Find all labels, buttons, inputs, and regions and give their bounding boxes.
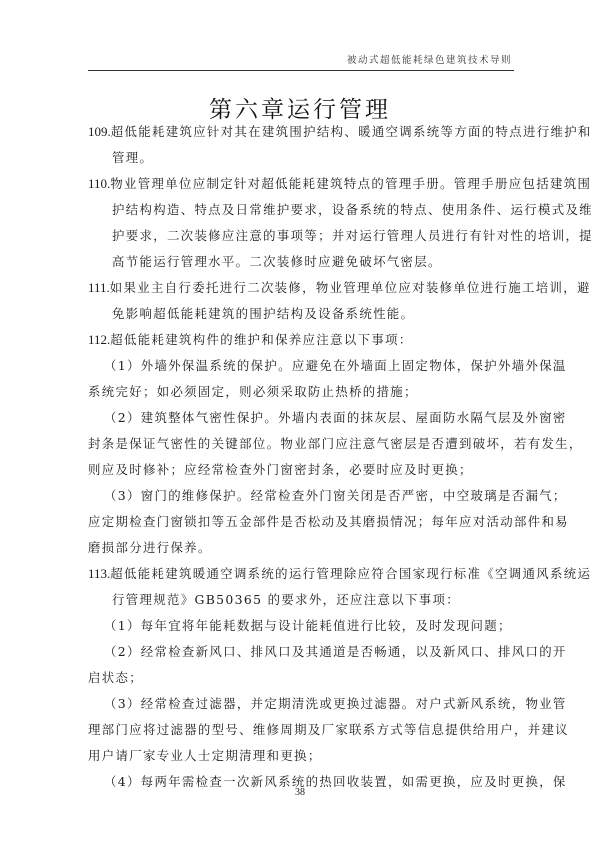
clause-number: 110. — [88, 176, 110, 191]
line-text: 启状态； — [88, 670, 143, 685]
numbered-clause-line: 111.如果业主自行委托进行二次装修，物业管理单位应对装修单位进行施工培训，避 — [88, 278, 591, 296]
header-title: 被动式超低能耗绿色建筑技术导则 — [347, 52, 512, 66]
paragraph-line: 磨损部分进行保养。 — [88, 538, 212, 556]
line-text: 护要求，二次装修应注意的事项等；并对运行管理人员进行有针对性的培训，提 — [112, 228, 593, 243]
line-text: 如果业主自行委托进行二次装修，物业管理单位应对装修单位进行施工培训，避 — [110, 280, 591, 295]
paragraph-line: 封条是保证气密性的关键部位。物业部门应注意气密层是否遭到破坏，若有发生， — [88, 434, 583, 452]
paragraph-line: 管理。 — [112, 148, 153, 166]
line-text: 免影响超低能耗建筑的围护结构及设备系统性能。 — [112, 306, 414, 321]
paragraph-line: 免影响超低能耗建筑的围护结构及设备系统性能。 — [112, 304, 414, 322]
paragraph-line: 护结构构造、特点及日常维护要求，设备系统的特点、使用条件、运行模式及维 — [112, 200, 593, 218]
line-text: 系统完好；如必须固定，则必须采取防止热桥的措施； — [88, 384, 418, 399]
paragraph-line: 应定期检查门窗锁扣等五金部件是否松动及其磨损情况；每年应对活动部件和易 — [88, 512, 569, 530]
paragraph-line: （1）每年宜将年能耗数据与设计能耗值进行比较，及时发现问题； — [104, 616, 512, 634]
paragraph-line: 用户请厂家专业人士定期清理和更换； — [88, 746, 322, 764]
line-text: 则应及时修补；应经常检查外门窗密封条，必要时应及时更换； — [88, 462, 473, 477]
line-text: 高节能运行管理水平。二次装修时应避免破坏气密层。 — [112, 254, 442, 269]
paragraph-line: 护要求，二次装修应注意的事项等；并对运行管理人员进行有针对性的培训，提 — [112, 226, 593, 244]
paragraph-line: 高节能运行管理水平。二次装修时应避免破坏气密层。 — [112, 252, 442, 270]
paragraph-line: 启状态； — [88, 668, 143, 686]
line-text: 行管理规范》GB50365 的要求外，还应注意以下事项： — [112, 592, 460, 607]
clause-number: 109. — [88, 124, 111, 139]
line-text: 封条是保证气密性的关键部位。物业部门应注意气密层是否遭到破坏，若有发生， — [88, 436, 583, 451]
clause-number: 113. — [88, 566, 110, 581]
paragraph-line: 行管理规范》GB50365 的要求外，还应注意以下事项： — [112, 590, 460, 608]
paragraph-line: （2）经常检查新风口、排风口及其通道是否畅通，以及新风口、排风口的开 — [104, 642, 567, 660]
numbered-clause-line: 112.超低能耗建筑构件的维护和保养应注意以下事项： — [88, 330, 413, 348]
numbered-clause-line: 109.超低能耗建筑应针对其在建筑围护结构、暖通空调系统等方面的特点进行维护和 — [88, 122, 592, 140]
numbered-clause-line: 113.超低能耗建筑暖通空调系统的运行管理除应符合国家现行标准《空调通风系统运 — [88, 564, 591, 582]
line-text: 物业管理单位应制定针对超低能耗建筑特点的管理手册。管理手册应包括建筑围 — [110, 176, 591, 191]
line-text: 管理。 — [112, 150, 153, 165]
line-text: （1）每年宜将年能耗数据与设计能耗值进行比较，及时发现问题； — [104, 618, 512, 633]
line-text: 应定期检查门窗锁扣等五金部件是否松动及其磨损情况；每年应对活动部件和易 — [88, 514, 569, 529]
line-text: 磨损部分进行保养。 — [88, 540, 212, 555]
line-text: 超低能耗建筑暖通空调系统的运行管理除应符合国家现行标准《空调通风系统运 — [110, 566, 591, 581]
page-number: 38 — [0, 787, 600, 798]
numbered-clause-line: 110.物业管理单位应制定针对超低能耗建筑特点的管理手册。管理手册应包括建筑围 — [88, 174, 591, 192]
paragraph-line: （2）建筑整体气密性保护。外墙内表面的抹灰层、屋面防水隔气层及外窗密 — [104, 408, 567, 426]
line-text: （1）外墙外保温系统的保护。应避免在外墙面上固定物体，保护外墙外保温 — [104, 358, 567, 373]
line-text: 超低能耗建筑构件的维护和保养应注意以下事项： — [110, 332, 412, 347]
paragraph-line: 系统完好；如必须固定，则必须采取防止热桥的措施； — [88, 382, 418, 400]
clause-number: 111. — [88, 280, 110, 295]
clause-number: 112. — [88, 332, 110, 347]
paragraph-line: （1）外墙外保温系统的保护。应避免在外墙面上固定物体，保护外墙外保温 — [104, 356, 567, 374]
line-text: （2）经常检查新风口、排风口及其通道是否畅通，以及新风口、排风口的开 — [104, 644, 567, 659]
line-text: （2）建筑整体气密性保护。外墙内表面的抹灰层、屋面防水隔气层及外窗密 — [104, 410, 567, 425]
paragraph-line: 理部门应将过滤器的型号、维修周期及厂家联系方式等信息提供给用户，并建议 — [88, 720, 569, 738]
line-text: 超低能耗建筑应针对其在建筑围护结构、暖通空调系统等方面的特点进行维护和 — [111, 124, 592, 139]
chapter-title: 第六章运行管理 — [0, 91, 600, 124]
paragraph-line: （3）经常检查过滤器，并定期清洗或更换过滤器。对户式新风系统，物业管 — [104, 694, 567, 712]
paragraph-line: （3）窗门的维修保护。经常检查外门窗关闭是否严密，中空玻璃是否漏气； — [104, 486, 567, 504]
line-text: （3）经常检查过滤器，并定期清洗或更换过滤器。对户式新风系统，物业管 — [104, 696, 567, 711]
line-text: （3）窗门的维修保护。经常检查外门窗关闭是否严密，中空玻璃是否漏气； — [104, 488, 567, 503]
paragraph-line: 则应及时修补；应经常检查外门窗密封条，必要时应及时更换； — [88, 460, 473, 478]
line-text: 用户请厂家专业人士定期清理和更换； — [88, 748, 322, 763]
line-text: 护结构构造、特点及日常维护要求，设备系统的特点、使用条件、运行模式及维 — [112, 202, 593, 217]
line-text: 理部门应将过滤器的型号、维修周期及厂家联系方式等信息提供给用户，并建议 — [88, 722, 569, 737]
running-header: 被动式超低能耗绿色建筑技术导则 — [88, 52, 514, 71]
